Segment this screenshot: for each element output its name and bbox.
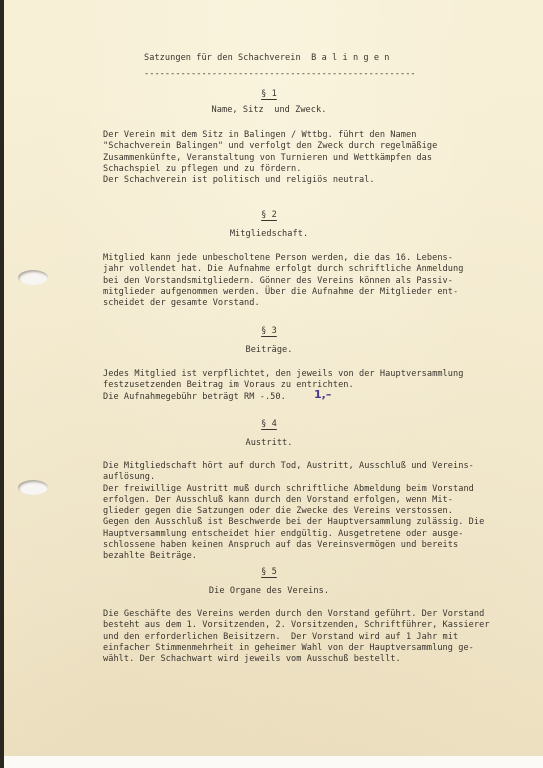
text-line: jahr vollendet hat. Die Aufnahme erfolgt…: [103, 264, 463, 275]
punch-hole-bottom: [18, 480, 48, 495]
section-2-number-wrap: § 2: [104, 210, 434, 221]
text-line: Gegen den Ausschluß ist Beschwerde bei d…: [103, 517, 484, 528]
text-line: und den erforderlichen Beisitzern. Der V…: [103, 632, 490, 643]
text-line: Der Verein mit dem Sitz in Balingen / Wt…: [103, 130, 437, 141]
text-line: Die Geschäfte des Vereins werden durch d…: [103, 609, 490, 620]
text-line: glieder gegen die Satzungen oder die Zwe…: [103, 506, 484, 517]
section-1-body: Der Verein mit dem Sitz in Balingen / Wt…: [103, 130, 437, 186]
document-title: Satzungen für den Schachverein B a l i n…: [144, 53, 390, 64]
section-1-number-wrap: § 1: [104, 89, 434, 100]
text-line: mitglieder aufgenommen werden. Über die …: [103, 287, 463, 298]
title-rule: ----------------------------------------…: [144, 69, 416, 80]
text-line: auflösung.: [103, 472, 484, 483]
text-line: besteht aus dem 1. Vorsitzenden, 2. Vors…: [103, 620, 490, 631]
text-line: Schachspiel zu pflegen und zu fördern.: [103, 164, 437, 175]
section-2-body: Mitglied kann jede unbescholtene Person …: [103, 253, 463, 309]
text-line: Jedes Mitglied ist verpflichtet, den jew…: [103, 369, 463, 380]
text-line: festzusetzenden Beitrag im Voraus zu ent…: [103, 380, 463, 391]
section-5-number-wrap: § 5: [104, 567, 434, 578]
section-5-heading: Die Organe des Vereins.: [104, 586, 434, 597]
text-line: erfolgen. Der Ausschluß kann durch den V…: [103, 495, 484, 506]
handwritten-fee-correction: 1,–: [314, 388, 331, 401]
text-line: einfacher Stimmenmehrheit in geheimer Wa…: [103, 643, 490, 654]
text-line: schlossene haben keinen Anspruch auf das…: [103, 540, 484, 551]
section-3-heading: Beiträge.: [104, 345, 434, 356]
section-4-number: § 4: [251, 419, 287, 430]
section-4-heading: Austritt.: [104, 438, 434, 449]
text-line: "Schachverein Balingen" und verfolgt den…: [103, 141, 437, 152]
page-bottom-edge: [4, 756, 543, 768]
section-4-body: Die Mitgliedschaft hört auf durch Tod, A…: [103, 461, 484, 563]
text-line: scheidet der gesamte Vorstand.: [103, 298, 463, 309]
section-4-number-wrap: § 4: [104, 419, 434, 430]
text-line: Die Aufnahmegebühr beträgt RM -.50.: [103, 392, 463, 403]
section-5-number: § 5: [251, 567, 287, 578]
text-line: bezahlte Beiträge.: [103, 551, 484, 562]
section-3-number: § 3: [251, 326, 287, 337]
text-line: Der Schachverein ist politisch und relig…: [103, 175, 437, 186]
section-3-body: Jedes Mitglied ist verpflichtet, den jew…: [103, 369, 463, 403]
text-line: Die Mitgliedschaft hört auf durch Tod, A…: [103, 461, 484, 472]
text-line: Hauptversammlung entscheidet hier endgül…: [103, 529, 484, 540]
text-line: Mitglied kann jede unbescholtene Person …: [103, 253, 463, 264]
section-1-heading: Name, Sitz und Zweck.: [104, 105, 434, 116]
punch-hole-top: [18, 270, 48, 285]
text-line: wählt. Der Schachwart wird jeweils vom A…: [103, 654, 490, 665]
section-3-number-wrap: § 3: [104, 326, 434, 337]
document-page: Satzungen für den Schachverein B a l i n…: [4, 0, 543, 768]
text-line: Der freiwillige Austritt muß durch schri…: [103, 484, 484, 495]
section-2-heading: Mitgliedschaft.: [104, 229, 434, 240]
section-1-number: § 1: [251, 89, 287, 100]
section-2-number: § 2: [251, 210, 287, 221]
text-line: bei den Vorstandsmitgliedern. Gönner des…: [103, 276, 463, 287]
section-5-body: Die Geschäfte des Vereins werden durch d…: [103, 609, 490, 665]
text-line: Zusammenkünfte, Veranstaltung von Turnie…: [103, 153, 437, 164]
